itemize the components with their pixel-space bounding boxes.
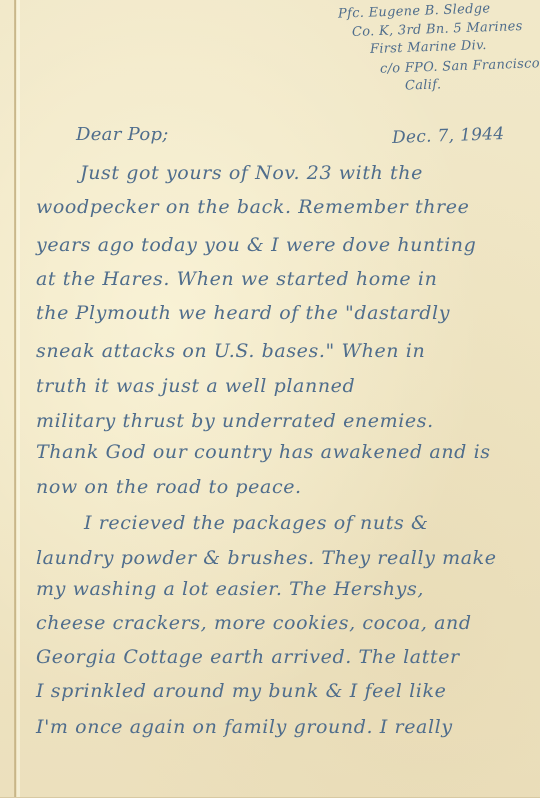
body-line: my washing a lot easier. The Hershys, [36,578,424,600]
page-fold-highlight [17,0,20,798]
return-address-line-3: First Marine Div. [370,38,487,57]
body-line: cheese crackers, more cookies, cocoa, an… [36,612,472,634]
body-line: woodpecker on the back. Remember three [36,196,469,218]
body-line: at the Hares. When we started home in [36,268,437,290]
return-address-line-2: Co. K, 3rd Bn. 5 Marines [352,19,523,40]
page-fold-line [14,0,16,798]
body-line: I sprinkled around my bunk & I feel like [36,680,446,702]
return-address-line-1: Pfc. Eugene B. Sledge [338,1,491,21]
return-address-line-5: Calif. [405,77,442,93]
body-line: sneak attacks on U.S. bases." When in [36,340,425,362]
body-line: the Plymouth we heard of the "dastardly [36,302,450,324]
return-address-line-4: c/o FPO. San Francisco [380,56,540,77]
page-bottom-edge [0,797,540,798]
salutation: Dear Pop; [76,124,169,145]
body-line: Thank God our country has awakened and i… [36,441,491,463]
body-line: I'm once again on family ground. I reall… [36,716,453,738]
body-line: years ago today you & I were dove huntin… [36,234,476,256]
body-line: Georgia Cottage earth arrived. The latte… [36,646,460,668]
letter-date: Dec. 7, 1944 [392,124,505,148]
body-line: Just got yours of Nov. 23 with the [80,162,423,184]
body-line: now on the road to peace. [36,476,302,498]
letter-page: Pfc. Eugene B. Sledge Co. K, 3rd Bn. 5 M… [0,0,540,798]
body-line: laundry powder & brushes. They really ma… [36,547,497,569]
body-line: truth it was just a well planned [36,375,355,397]
body-line: I recieved the packages of nuts & [84,512,428,534]
body-line: military thrust by underrated enemies. [36,410,434,432]
